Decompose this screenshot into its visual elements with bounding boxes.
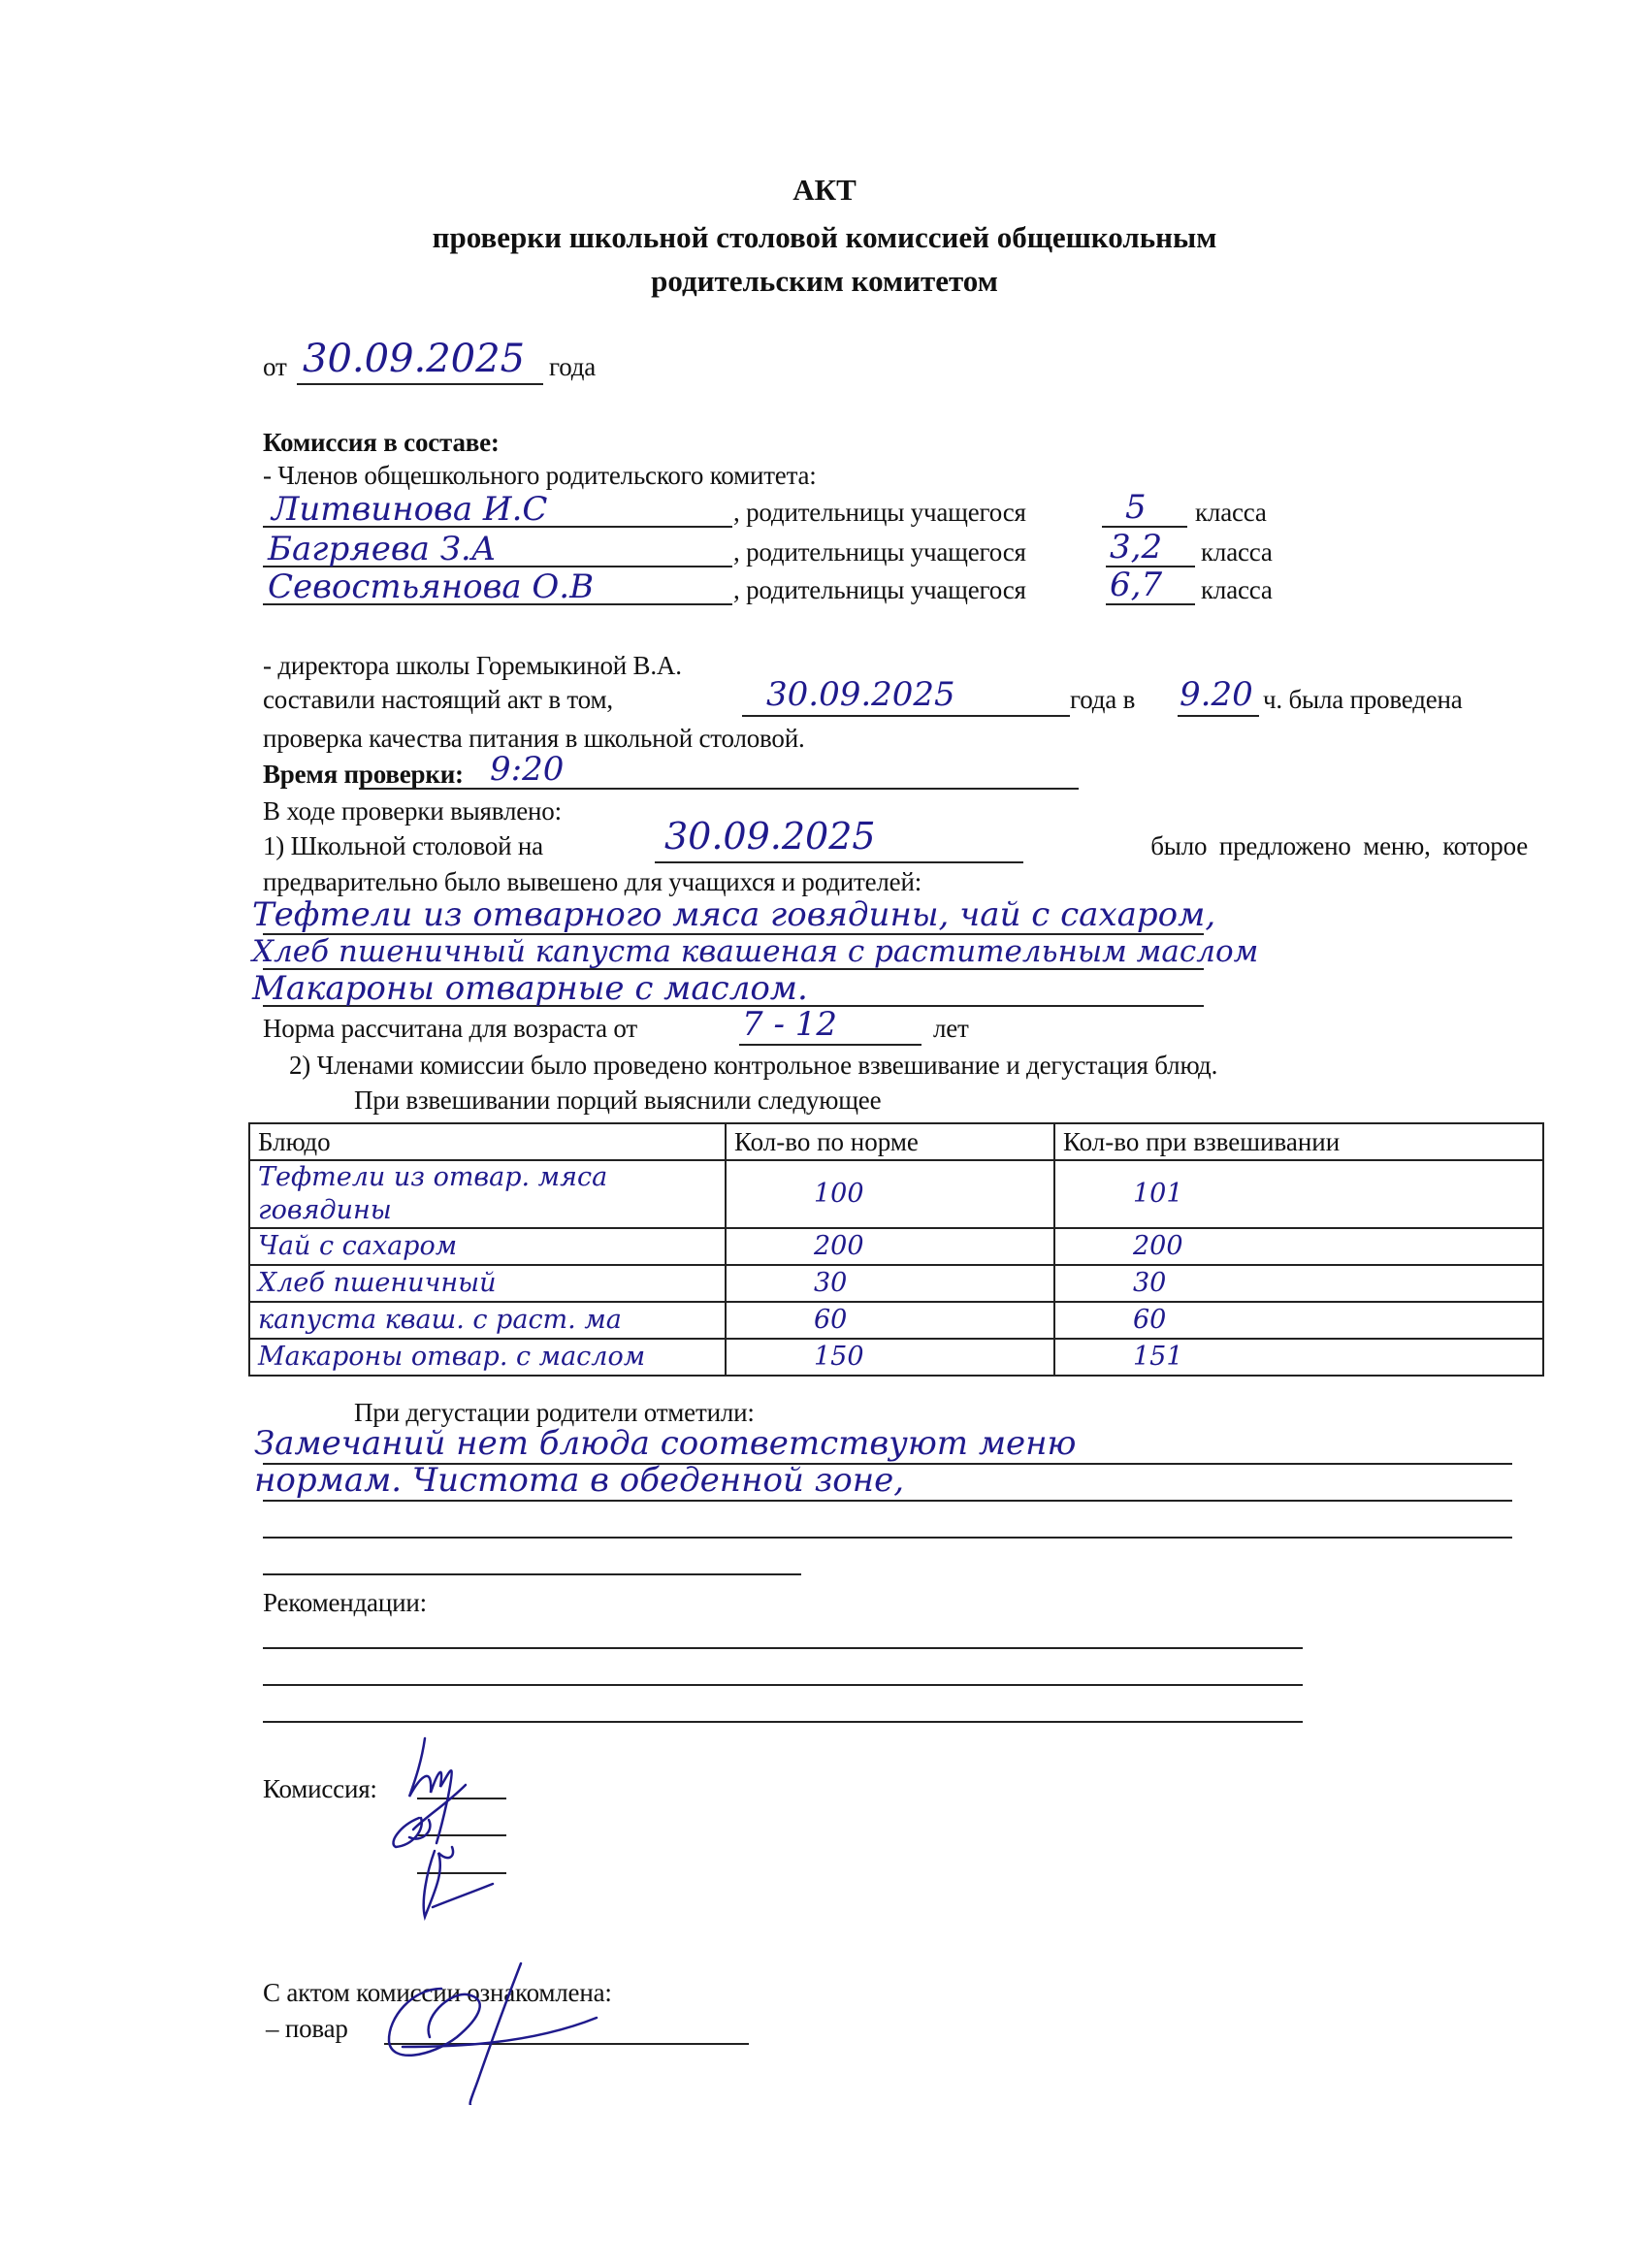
menu-line-2[interactable]: Хлеб пшеничный капуста квашеная с растит… (252, 934, 1258, 969)
member2-class-field[interactable]: 3,2 (1110, 530, 1162, 565)
item1-date-field[interactable]: 30.09.2025 (664, 819, 876, 854)
document-subtitle-line1: проверки школьной столовой комиссией общ… (0, 219, 1649, 256)
actual-cell[interactable]: 30 (1054, 1265, 1543, 1302)
tasting-note-1[interactable]: Замечаний нет блюда соответствуют меню (254, 1426, 1077, 1461)
recommendations-label: Рекомендации: (263, 1587, 427, 1618)
commission-signatures-icon (320, 1736, 533, 1921)
statement-date-field[interactable]: 30.09.2025 (766, 677, 955, 712)
member3-role: , родительницы учащегося (733, 574, 1026, 605)
norm-cell[interactable]: 200 (726, 1228, 1054, 1265)
cook-signature-icon (373, 1960, 684, 2105)
item1-date-underline (655, 861, 1023, 863)
dish-cell[interactable]: Хлеб пшеничный (249, 1265, 726, 1302)
norm-cell[interactable]: 100 (726, 1160, 1054, 1228)
date-prefix: от (263, 351, 287, 382)
actual-cell[interactable]: 60 (1054, 1302, 1543, 1339)
norm-cell[interactable]: 150 (726, 1339, 1054, 1376)
check-time-label: Время проверки: (263, 759, 464, 790)
actual-cell[interactable]: 200 (1054, 1228, 1543, 1265)
item1-prefix: 1) Школьной столовой на (263, 830, 543, 861)
member1-name-field[interactable]: Литвинова И.С (272, 492, 547, 527)
document-subtitle-line2: родительским комитетом (0, 263, 1649, 300)
weights-table: Блюдо Кол-во по норме Кол-во при взвешив… (248, 1122, 1544, 1377)
tasting-underline-4 (263, 1573, 801, 1575)
member1-class-suffix: класса (1195, 497, 1267, 528)
dish-cell[interactable]: Чай с сахаром (249, 1228, 726, 1265)
statement-part2: года в (1070, 684, 1135, 715)
header-dish: Блюдо (249, 1123, 726, 1160)
tasting-underline-3 (263, 1537, 1512, 1539)
statement-part3: ч. была проведена (1263, 684, 1463, 715)
cook-label: – повар (266, 2013, 348, 2044)
dish-cell[interactable]: капуста кваш. с раст. ма (249, 1302, 726, 1339)
header-actual: Кол-во при взвешивании (1054, 1123, 1543, 1160)
document-title: АКТ (0, 172, 1649, 209)
dish-cell[interactable]: Макароны отвар. с маслом (249, 1339, 726, 1376)
actual-cell[interactable]: 151 (1054, 1339, 1543, 1376)
statement-part1: составили настоящий акт в том, (263, 684, 613, 715)
norm-cell[interactable]: 60 (726, 1302, 1054, 1339)
menu-line-3[interactable]: Макароны отварные с маслом. (252, 971, 808, 1006)
table-row: Чай с сахаром 200 200 (249, 1228, 1543, 1265)
table-row: Макароны отвар. с маслом 150 151 (249, 1339, 1543, 1376)
findings-intro: В ходе проверки выявлено: (263, 795, 562, 826)
menu-line-1[interactable]: Тефтели из отварного мяса говядины, чай … (252, 897, 1215, 932)
check-time-field[interactable]: 9:20 (490, 752, 564, 787)
item1-suffix: было предложено меню, которое (1023, 830, 1528, 861)
norm-age-underline (739, 1044, 921, 1046)
member3-name-field[interactable]: Севостьянова О.В (268, 569, 594, 604)
weighing-intro: При взвешивании порций выяснили следующе… (354, 1085, 881, 1116)
member1-role: , родительницы учащегося (733, 497, 1026, 528)
tasting-underline-2 (263, 1500, 1512, 1502)
statement-date-underline (742, 715, 1070, 717)
member2-class-suffix: класса (1201, 536, 1273, 567)
actual-cell[interactable]: 101 (1054, 1160, 1543, 1228)
statement-time-field[interactable]: 9.20 (1180, 677, 1253, 712)
norm-age-field[interactable]: 7 - 12 (742, 1007, 837, 1042)
member2-role: , родительницы учащегося (733, 536, 1026, 567)
check-time-underline (359, 788, 1079, 790)
commission-heading: Комиссия в составе: (263, 427, 500, 458)
act-date-field[interactable]: 30.09.2025 (303, 341, 525, 376)
member2-name-field[interactable]: Багряева З.А (268, 532, 496, 567)
recommendations-line-2[interactable] (263, 1684, 1303, 1686)
recommendations-line-3[interactable] (263, 1721, 1303, 1723)
item2-text: 2) Членами комиссии было проведено контр… (289, 1050, 1217, 1081)
norm-cell[interactable]: 30 (726, 1265, 1054, 1302)
member3-class-suffix: класса (1201, 574, 1273, 605)
tasting-note-2[interactable]: нормам. Чистота в обеденной зоне, (254, 1463, 904, 1498)
table-row: капуста кваш. с раст. ма 60 60 (249, 1302, 1543, 1339)
norm-prefix: Норма рассчитана для возраста от (263, 1013, 637, 1044)
recommendations-line-1[interactable] (263, 1647, 1303, 1649)
dish-cell[interactable]: Тефтели из отвар. мяса говядины (249, 1160, 726, 1228)
director-line: - директора школы Горемыкиной В.А. (263, 650, 682, 681)
item1-line2: предварительно было вывешено для учащихс… (263, 866, 921, 897)
member3-class-field[interactable]: 6,7 (1110, 567, 1162, 602)
norm-suffix: лет (933, 1013, 969, 1044)
table-row: Тефтели из отвар. мяса говядины 100 101 (249, 1160, 1543, 1228)
date-suffix: года (549, 351, 596, 382)
date-underline (297, 383, 543, 385)
members-label: - Членов общешкольного родительского ком… (263, 460, 817, 491)
table-row: Хлеб пшеничный 30 30 (249, 1265, 1543, 1302)
header-norm: Кол-во по норме (726, 1123, 1054, 1160)
statement-time-underline (1178, 715, 1259, 717)
table-header-row: Блюдо Кол-во по норме Кол-во при взвешив… (249, 1123, 1543, 1160)
member1-class-field[interactable]: 5 (1125, 490, 1147, 525)
